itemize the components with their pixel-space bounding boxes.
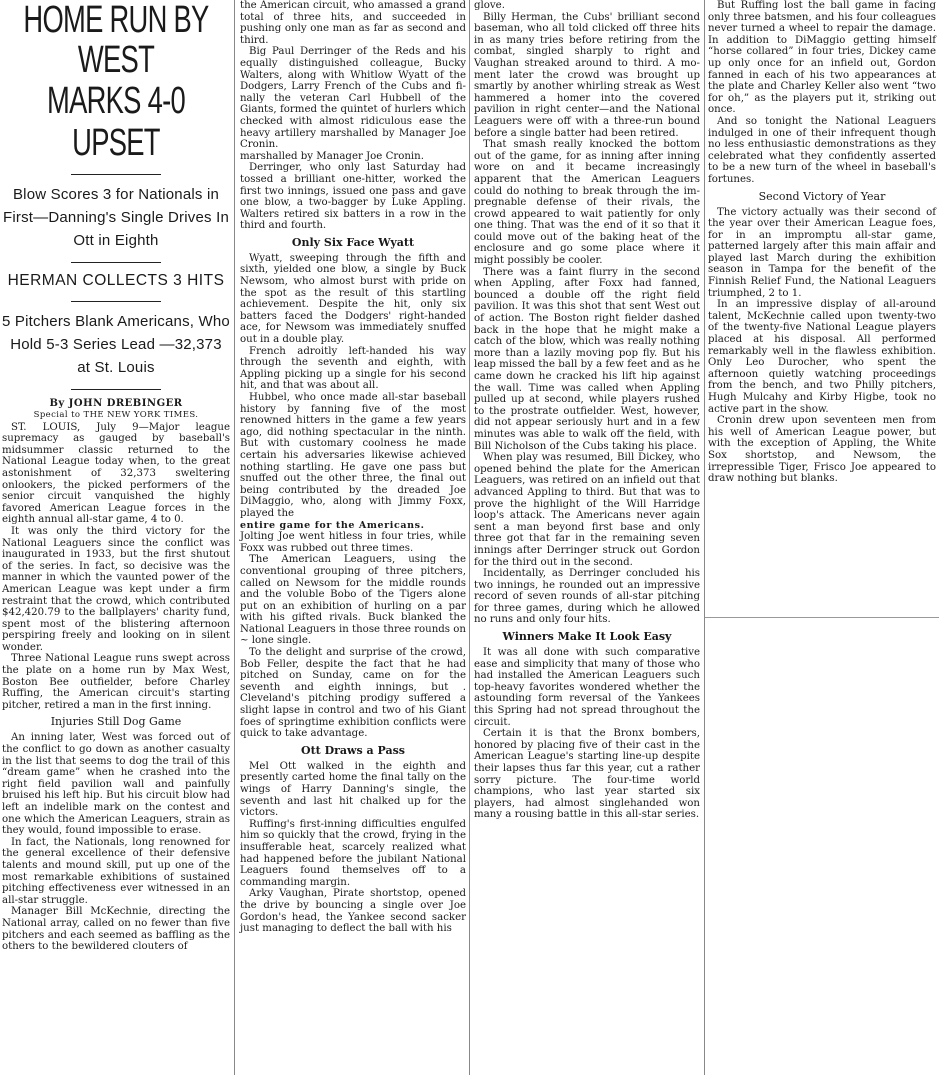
paragraph: An inning later, West was forced out of … — [2, 732, 230, 836]
paragraph: Certain it is that the Bronx bomb­ers, h… — [474, 728, 700, 821]
column-rule-2 — [469, 0, 470, 1075]
column-3: glove. Billy Herman, the Cubs' brilliant… — [474, 0, 700, 821]
column-bottom-rule — [705, 617, 939, 618]
paragraph: But Ruffing lost the ball game in facing… — [708, 0, 936, 116]
subhead: Ott Draws a Pass — [240, 743, 466, 759]
paragraph: In an impressive display of all-around t… — [708, 299, 936, 415]
paragraph: Arky Vaughan, Pirate shortstop, opened t… — [240, 888, 466, 934]
deck-1: Blow Scores 3 for Nationals in First—Dan… — [2, 183, 230, 252]
headline-line-2: MARKS 4-0 UPSET — [5, 80, 227, 164]
paragraph: When play was resumed, Bill Dickey, who … — [474, 452, 700, 568]
paragraph: In fact, the Nationals, long re­nowned f… — [2, 837, 230, 907]
paragraph: Big Paul Derringer of the Reds and his e… — [240, 46, 466, 150]
subhead: Second Victory of Year — [708, 189, 936, 205]
bold-line: entire game for the Americans. — [240, 520, 466, 532]
paragraph: Hubbel, who once made all-star baseball … — [240, 392, 466, 520]
paragraph: Billy Herman, the Cubs' brilliant second… — [474, 12, 700, 140]
paragraph: Derringer, who only last Satur­day had t… — [240, 162, 466, 232]
column-1: HOME RUN BY WEST MARKS 4-0 UPSET Blow Sc… — [2, 0, 230, 953]
paragraph: glove. — [474, 0, 700, 12]
column-4: But Ruffing lost the ball game in facing… — [708, 0, 936, 485]
paragraph: Ruffing's first-inning difficulties engu… — [240, 819, 466, 889]
paragraph: That smash really knocked the bottom out… — [474, 139, 700, 267]
paragraph: Wyatt, sweeping through the fifth and si… — [240, 253, 466, 346]
column-2: the American circuit, who amassed a gran… — [240, 0, 466, 935]
paragraph: Manager Bill McKechnie, direct­ing the N… — [2, 906, 230, 952]
paragraph: Mel Ott walked in the eighth and present… — [240, 761, 466, 819]
column-rule-3 — [704, 0, 705, 1075]
byline: By JOHN DREBINGER — [2, 398, 230, 410]
paragraph: The victory actually was their second of… — [708, 207, 936, 300]
divider — [71, 301, 161, 302]
paragraph: Three National League runs swept across … — [2, 653, 230, 711]
paragraph: The American Leaguers, using the convent… — [240, 554, 466, 647]
headline-line-1: HOME RUN BY WEST — [5, 0, 227, 80]
deck-3: 5 Pitchers Blank Americans, Who Hold 5-3… — [2, 310, 230, 379]
subhead: Only Six Face Wyatt — [240, 235, 466, 251]
paragraph: It was all done with such compar­ative e… — [474, 647, 700, 728]
paragraph: Incidentally, as Derringer con­cluded hi… — [474, 568, 700, 626]
dateline-credit: Special to THE NEW YORK TIMES. — [2, 410, 230, 421]
deck-2: HERMAN COLLECTS 3 HITS — [2, 271, 230, 291]
divider — [71, 389, 161, 390]
paragraph: There was a faint flurry in the second w… — [474, 267, 700, 453]
paragraph: the American circuit, who amassed a gran… — [240, 0, 466, 46]
paragraph: French adroitly left-handed his way thro… — [240, 346, 466, 392]
divider — [71, 174, 161, 175]
paragraph: It was only the third victory for the Na… — [2, 526, 230, 654]
subhead: Injuries Still Dog Game — [2, 714, 230, 730]
repeated-line: marshalled by Manager Joe Cronin. — [240, 151, 466, 163]
paragraph: ST. LOUIS, July 9—Major league supremacy… — [2, 422, 230, 526]
paragraph: Jolting Joe went hitless in four tries, … — [240, 531, 466, 554]
paragraph: And so tonight the National Leaguers ind… — [708, 116, 936, 186]
subhead: Winners Make It Look Easy — [474, 629, 700, 645]
paragraph: Cronin drew upon seventeen men from his … — [708, 415, 936, 485]
column-rule-1 — [234, 0, 235, 1075]
paragraph: To the delight and surprise of the crowd… — [240, 647, 466, 740]
divider — [71, 262, 161, 263]
